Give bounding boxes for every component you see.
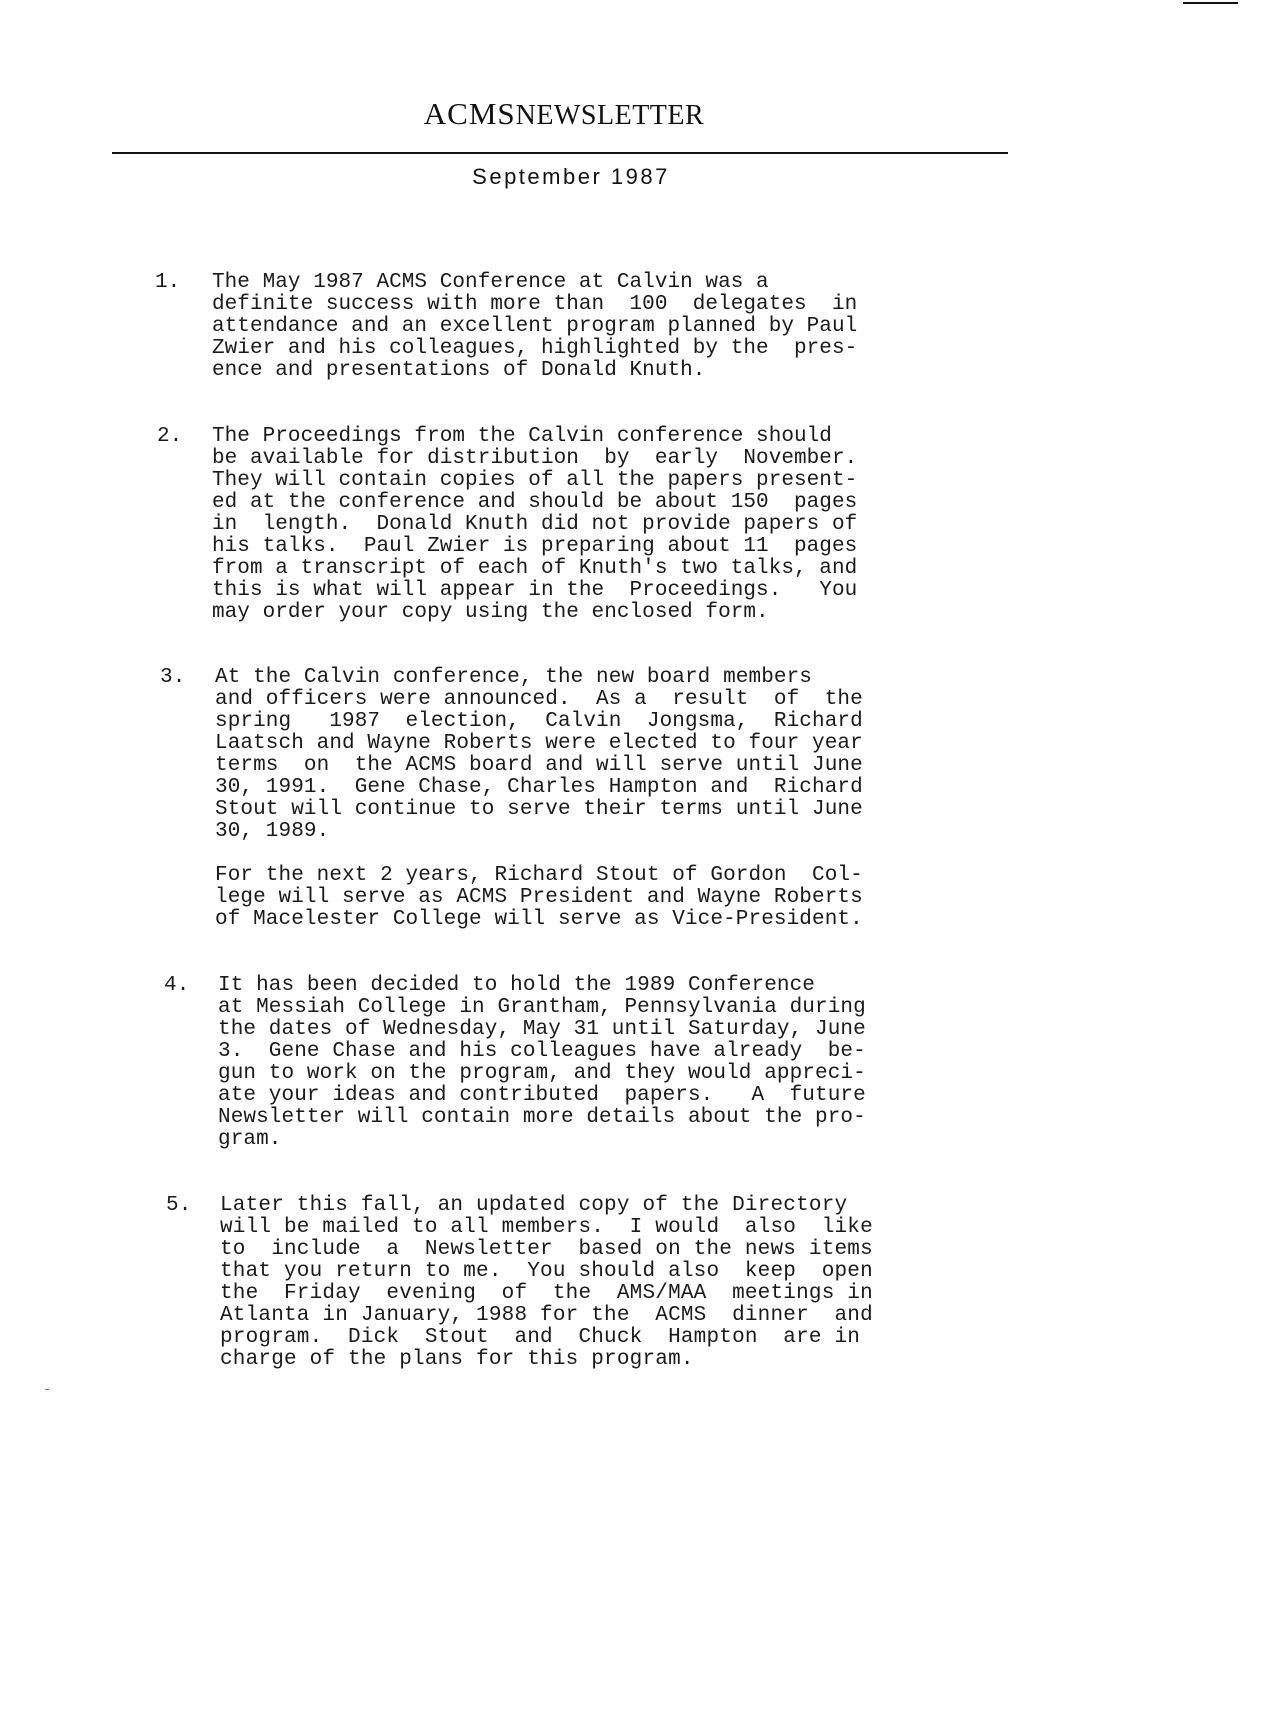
masthead-newsletter-word: NEWSLETTER	[516, 100, 705, 131]
list-item: 3.At the Calvin conference, the new boar…	[215, 667, 863, 931]
text-line: gun to work on the program, and they wou…	[218, 1063, 866, 1085]
list-item: 1.The May 1987 ACMS Conference at Calvin…	[212, 272, 857, 382]
list-item: 5.Later this fall, an updated copy of th…	[220, 1195, 873, 1371]
item-paragraph: The Proceedings from the Calvin conferen…	[212, 426, 857, 624]
item-number: 2.	[157, 426, 197, 448]
item-paragraph: For the next 2 years, Richard Stout of G…	[215, 865, 863, 931]
text-line: Stout will continue to serve their terms…	[215, 799, 863, 821]
text-line: Newsletter will contain more details abo…	[218, 1107, 866, 1129]
newsletter-masthead: ACMSNEWSLETTER	[0, 96, 1128, 132]
text-line: to include a Newsletter based on the new…	[220, 1239, 873, 1261]
text-line: 3. Gene Chase and his colleagues have al…	[218, 1041, 866, 1063]
item-paragraph: At the Calvin conference, the new board …	[215, 667, 863, 843]
item-number: 4.	[164, 975, 204, 997]
text-line: charge of the plans for this program.	[220, 1349, 873, 1371]
text-line: program. Dick Stout and Chuck Hampton ar…	[220, 1327, 873, 1349]
text-line: will be mailed to all members. I would a…	[220, 1217, 873, 1239]
text-line: 30, 1991. Gene Chase, Charles Hampton an…	[215, 777, 863, 799]
issue-date: September 1987	[0, 164, 1142, 190]
text-line: his talks. Paul Zwier is preparing about…	[212, 536, 857, 558]
text-line: ate your ideas and contributed papers. A…	[218, 1085, 866, 1107]
scan-speck	[45, 1389, 49, 1390]
text-line: For the next 2 years, Richard Stout of G…	[215, 865, 863, 887]
text-line: and officers were announced. As a result…	[215, 689, 863, 711]
scan-corner-mark	[1183, 2, 1238, 4]
text-line: 30, 1989.	[215, 821, 863, 843]
text-line: that you return to me. You should also k…	[220, 1261, 873, 1283]
text-line: gram.	[218, 1129, 866, 1151]
item-number: 5.	[166, 1195, 206, 1217]
text-line: Atlanta in January, 1988 for the ACMS di…	[220, 1305, 873, 1327]
list-item: 4.It has been decided to hold the 1989 C…	[218, 975, 866, 1151]
header-divider	[112, 152, 1008, 154]
text-line: the dates of Wednesday, May 31 until Sat…	[218, 1019, 866, 1041]
text-line: may order your copy using the enclosed f…	[212, 602, 857, 624]
text-line: at Messiah College in Grantham, Pennsylv…	[218, 997, 866, 1019]
text-line: It has been decided to hold the 1989 Con…	[218, 975, 866, 997]
text-line: ence and presentations of Donald Knuth.	[212, 360, 857, 382]
text-line: terms on the ACMS board and will serve u…	[215, 755, 863, 777]
item-number: 3.	[160, 667, 200, 689]
text-line: Laatsch and Wayne Roberts were elected t…	[215, 733, 863, 755]
text-line: spring 1987 election, Calvin Jongsma, Ri…	[215, 711, 863, 733]
text-line: this is what will appear in the Proceedi…	[212, 580, 857, 602]
list-item: 2.The Proceedings from the Calvin confer…	[212, 426, 857, 624]
item-paragraph: The May 1987 ACMS Conference at Calvin w…	[212, 272, 857, 382]
text-line: lege will serve as ACMS President and Wa…	[215, 887, 863, 909]
text-line: definite success with more than 100 dele…	[212, 294, 857, 316]
item-number: 1.	[155, 272, 195, 294]
text-line: The May 1987 ACMS Conference at Calvin w…	[212, 272, 857, 294]
text-line: They will contain copies of all the pape…	[212, 470, 857, 492]
text-line: ed at the conference and should be about…	[212, 492, 857, 514]
text-line: of Macelester College will serve as Vice…	[215, 909, 863, 931]
text-line: in length. Donald Knuth did not provide …	[212, 514, 857, 536]
item-paragraph: It has been decided to hold the 1989 Con…	[218, 975, 866, 1151]
text-line: the Friday evening of the AMS/MAA meetin…	[220, 1283, 873, 1305]
text-line: The Proceedings from the Calvin conferen…	[212, 426, 857, 448]
text-line: Later this fall, an updated copy of the …	[220, 1195, 873, 1217]
text-line: At the Calvin conference, the new board …	[215, 667, 863, 689]
masthead-org-name: ACMS	[424, 96, 516, 131]
text-line: be available for distribution by early N…	[212, 448, 857, 470]
text-line: from a transcript of each of Knuth's two…	[212, 558, 857, 580]
text-line: Zwier and his colleagues, highlighted by…	[212, 338, 857, 360]
text-line: attendance and an excellent program plan…	[212, 316, 857, 338]
item-paragraph: Later this fall, an updated copy of the …	[220, 1195, 873, 1371]
